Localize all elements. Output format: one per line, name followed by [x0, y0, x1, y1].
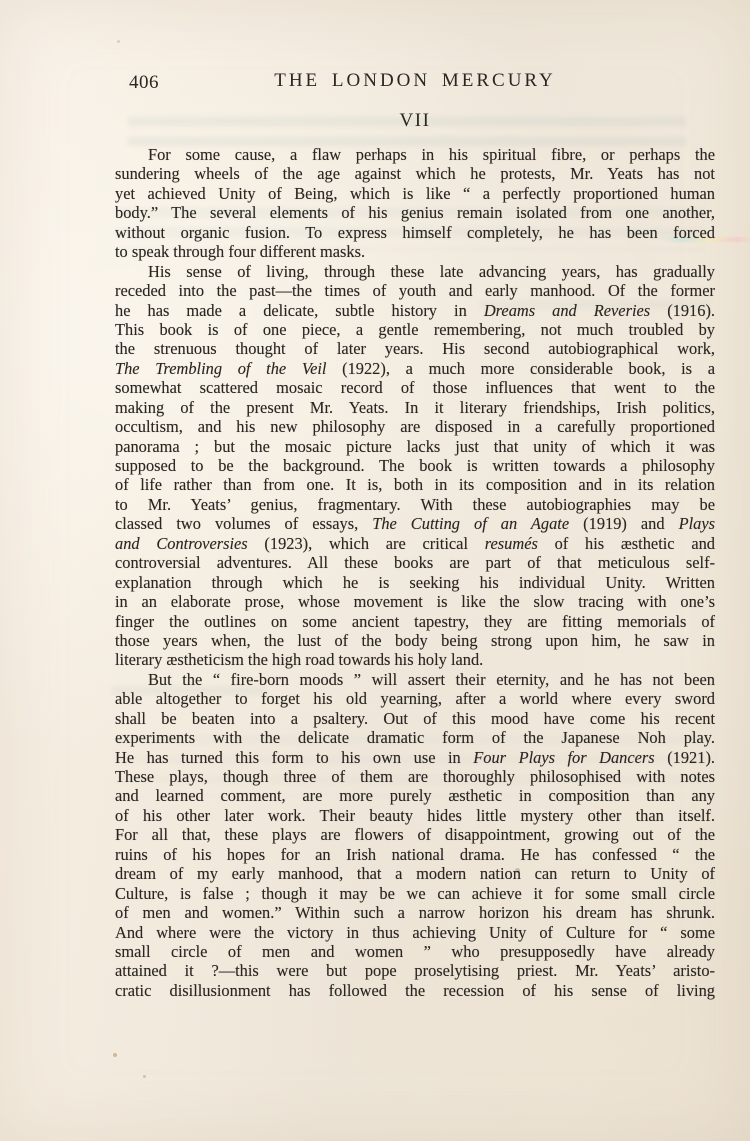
- text-line: ruins of his hopes for an Irish national…: [115, 845, 715, 864]
- text-line: panorama ; but the mosaic picture lacks …: [115, 437, 715, 456]
- text-line: to speak through four different masks.: [115, 242, 715, 261]
- text-line: finger the outlines on some ancient tape…: [115, 612, 715, 631]
- text-line: in an elaborate prose, whose movement is…: [115, 592, 715, 611]
- text-line: sundering wheels of the age against whic…: [115, 164, 715, 183]
- text-line: classed two volumes of essays, The Cutti…: [115, 514, 715, 533]
- text-line: he has made a delicate, subtle history i…: [115, 301, 715, 320]
- paragraph: But the “ fire-born moods ” will assert …: [115, 670, 715, 1000]
- text-line: the strenuous thought of later years. Hi…: [115, 339, 715, 358]
- text-line: For some cause, a flaw perhaps in his sp…: [115, 145, 715, 164]
- text-line: He has turned this form to his own use i…: [115, 748, 715, 767]
- text-line: and learned comment, are more purely æst…: [115, 786, 715, 805]
- text-line: The Trembling of the Veil (1922), a much…: [115, 359, 715, 378]
- text-line: literary æstheticism the high road towar…: [115, 650, 715, 669]
- text-line: Culture, is false ; though it may be we …: [115, 884, 715, 903]
- body-text: For some cause, a flaw perhaps in his sp…: [115, 145, 715, 1000]
- paper-speck: [113, 1053, 117, 1057]
- text-line: of men and women.” Within such a narrow …: [115, 903, 715, 922]
- text-line: able altogether to forget his old yearni…: [115, 689, 715, 708]
- paper-speck: [117, 40, 120, 43]
- text-line: And where were the victory in thus achie…: [115, 923, 715, 942]
- text-line: attained it ?—this were but pope prosely…: [115, 961, 715, 980]
- paper-speck: [143, 1075, 146, 1078]
- text-line: His sense of living, through these late …: [115, 262, 715, 281]
- text-line: dream of my early manhood, that a modern…: [115, 864, 715, 883]
- text-line: These plays, though three of them are th…: [115, 767, 715, 786]
- text-line: of his other later work. Their beauty hi…: [115, 806, 715, 825]
- text-line: controversial adventures. All these book…: [115, 553, 715, 572]
- text-line: For all that, these plays are flowers of…: [115, 825, 715, 844]
- text-line: body.” The several elements of his geniu…: [115, 203, 715, 222]
- paragraph: For some cause, a flaw perhaps in his sp…: [115, 145, 715, 262]
- text-line: to Mr. Yeats’ genius, fragmentary. With …: [115, 495, 715, 514]
- running-header: 406 THE LONDON MERCURY: [115, 70, 715, 94]
- text-line: those years when, the lust of the body b…: [115, 631, 715, 650]
- text-line: small circle of men and women ” who pres…: [115, 942, 715, 961]
- text-line: But the “ fire-born moods ” will assert …: [115, 670, 715, 689]
- text-line: of life rather than from one. It is, bot…: [115, 475, 715, 494]
- text-line: occultism, and his new philosophy are di…: [115, 417, 715, 436]
- text-line: cratic disillusionment has followed the …: [115, 981, 715, 1000]
- text-line: without organic fusion. To express himse…: [115, 223, 715, 242]
- text-line: and Controversies (1923), which are crit…: [115, 534, 715, 553]
- text-line: yet achieved Unity of Being, which is li…: [115, 184, 715, 203]
- book-page: 406 THE LONDON MERCURY VII For some caus…: [0, 0, 750, 1141]
- paragraph: His sense of living, through these late …: [115, 262, 715, 670]
- text-line: explanation through which he is seeking …: [115, 573, 715, 592]
- text-line: supposed to be the background. The book …: [115, 456, 715, 475]
- text-line: receded into the past—the times of youth…: [115, 281, 715, 300]
- section-heading: VII: [115, 110, 715, 132]
- text-line: This book is of one piece, a gentle reme…: [115, 320, 715, 339]
- text-line: experiments with the delicate dramatic f…: [115, 728, 715, 747]
- text-line: making of the present Mr. Yeats. In it l…: [115, 398, 715, 417]
- text-line: somewhat scattered mosaic record of thos…: [115, 378, 715, 397]
- journal-title: THE LONDON MERCURY: [115, 70, 715, 92]
- text-line: shall be beaten into a psaltery. Out of …: [115, 709, 715, 728]
